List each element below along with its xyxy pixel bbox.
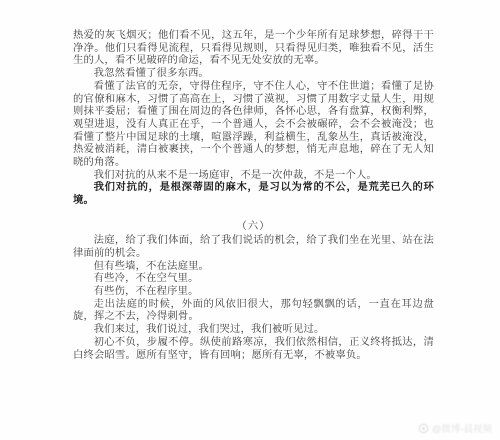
paragraph: 看懂了法官的无奈，守得住程序，守不住人心，守不住世道；看懂了足协的官僚和麻木，习… [73, 81, 434, 170]
paragraph: 我们来过，我们说过，我们哭过，我们被听见过。 [73, 324, 434, 337]
section-heading: （六） [73, 221, 434, 234]
watermark-text: @微博-晨视频 [432, 421, 492, 435]
paragraph: 我忽然看懂了很多东西。 [73, 68, 434, 81]
paragraph: 有些冷，不在空气里。 [73, 273, 434, 286]
document-page: 热爱的灰飞烟灭；他们看不见，这五年，是一个少年所有足球梦想，碎得干干净净。他们只… [0, 0, 500, 440]
paragraph: 初心不负，步履不停。纵使前路寒凉，我们依然相信，正义终将抵达，清白终会昭雪。愿所… [73, 337, 434, 362]
paragraph: 我们对抗的从来不是一场庭审，不是一次仲裁，不是一个人。 [73, 170, 434, 183]
bold-statement: 我们对抗的，是根深蒂固的麻木，是习以为常的不公，是荒芜已久的环境。 [73, 182, 434, 207]
paragraph: 有些伤，不在程序里。 [73, 286, 434, 299]
paragraph: 但有些墙，不在法庭里。 [73, 261, 434, 274]
paragraph-continuation: 热爱的灰飞烟灭；他们看不见，这五年，是一个少年所有足球梦想，碎得干干净净。他们只… [73, 30, 434, 68]
paragraph: 法庭，给了我们体面，给了我们说话的机会，给了我们坐在光里、站在法律面前的机会。 [73, 235, 434, 260]
watermark: @微博-晨视频 [418, 421, 492, 435]
document-text-column: 热爱的灰飞烟灭；他们看不见，这五年，是一个少年所有足球梦想，碎得干干净净。他们只… [73, 30, 434, 362]
weibo-eye-icon [418, 423, 429, 434]
paragraph: 走出法庭的时候，外面的风依旧很大，那句轻飘飘的话，一直在耳边盘旋，挥之不去，冷得… [73, 299, 434, 324]
